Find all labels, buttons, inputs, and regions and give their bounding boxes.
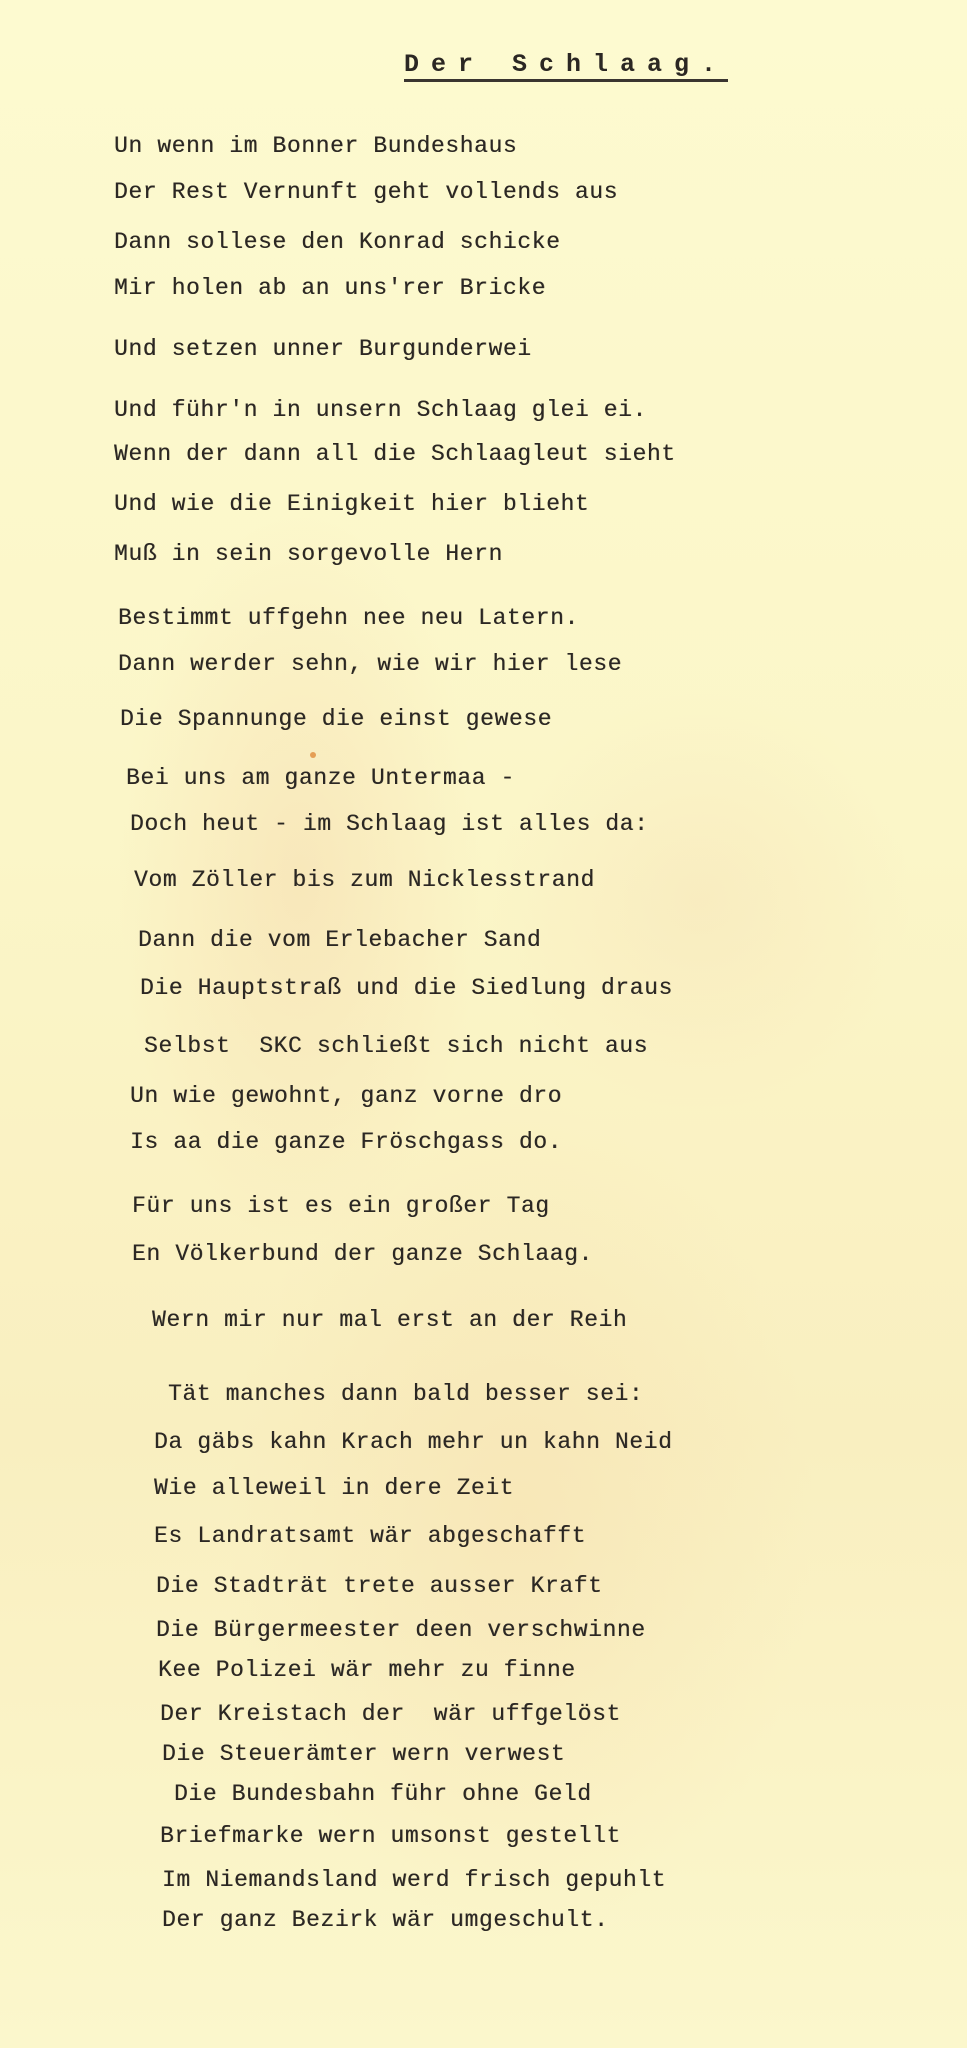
poem-line: Un wenn im Bonner Bundeshaus <box>114 132 517 160</box>
poem-line: Briefmarke wern umsonst gestellt <box>160 1822 621 1850</box>
poem-line: Und wie die Einigkeit hier blieht <box>114 490 589 518</box>
poem-line: Der Kreistach der wär uffgelöst <box>160 1700 621 1728</box>
poem-line: Die Hauptstraß und die Siedlung draus <box>140 974 673 1002</box>
poem-line: Vom Zöller bis zum Nicklesstrand <box>134 866 595 894</box>
poem-line: Für uns ist es ein großer Tag <box>132 1192 550 1220</box>
poem-line: Der Rest Vernunft geht vollends aus <box>114 178 618 206</box>
poem-line: Wern mir nur mal erst an der Reih <box>152 1306 627 1334</box>
poem-line: Die Steuerämter wern verwest <box>162 1740 565 1768</box>
poem-line: Dann sollese den Konrad schicke <box>114 228 560 256</box>
poem-line: Dann werder sehn, wie wir hier lese <box>118 650 622 678</box>
poem-title: Der Schlaag. <box>404 52 728 82</box>
poem-line: Un wie gewohnt, ganz vorne dro <box>130 1082 562 1110</box>
poem-line: Die Bundesbahn führ ohne Geld <box>174 1780 592 1808</box>
poem-line: Da gäbs kahn Krach mehr un kahn Neid <box>154 1428 672 1456</box>
paper-stain <box>310 752 316 758</box>
poem-line: Und setzen unner Burgunderwei <box>114 335 532 363</box>
poem-line: Is aa die ganze Fröschgass do. <box>130 1128 562 1156</box>
poem-line: Tät manches dann bald besser sei: <box>168 1380 643 1408</box>
poem-line: Und führ'n in unsern Schlaag glei ei. <box>114 396 647 424</box>
poem-line: Bestimmt uffgehn nee neu Latern. <box>118 604 579 632</box>
poem-line: Der ganz Bezirk wär umgeschult. <box>162 1906 608 1934</box>
poem-line: Selbst SKC schließt sich nicht aus <box>144 1032 648 1060</box>
poem-line: Die Spannunge die einst gewese <box>120 705 552 733</box>
typewritten-page: Der Schlaag. Un wenn im Bonner Bundeshau… <box>0 0 967 2048</box>
poem-line: Die Stadträt trete ausser Kraft <box>156 1572 602 1600</box>
poem-line: Wie alleweil in dere Zeit <box>154 1474 514 1502</box>
poem-line: Im Niemandsland werd frisch gepuhlt <box>162 1866 666 1894</box>
poem-line: Doch heut - im Schlaag ist alles da: <box>130 810 648 838</box>
poem-line: Bei uns am ganze Untermaa - <box>126 764 515 792</box>
poem-line: Dann die vom Erlebacher Sand <box>138 926 541 954</box>
poem-line: Kee Polizei wär mehr zu finne <box>158 1656 576 1684</box>
poem-line: Es Landratsamt wär abgeschafft <box>154 1522 586 1550</box>
poem-line: Mir holen ab an uns'rer Bricke <box>114 274 546 302</box>
poem-line: En Völkerbund der ganze Schlaag. <box>132 1240 593 1268</box>
poem-line: Wenn der dann all die Schlaagleut sieht <box>114 440 676 468</box>
poem-line: Muß in sein sorgevolle Hern <box>114 540 503 568</box>
poem-line: Die Bürgermeester deen verschwinne <box>156 1616 646 1644</box>
